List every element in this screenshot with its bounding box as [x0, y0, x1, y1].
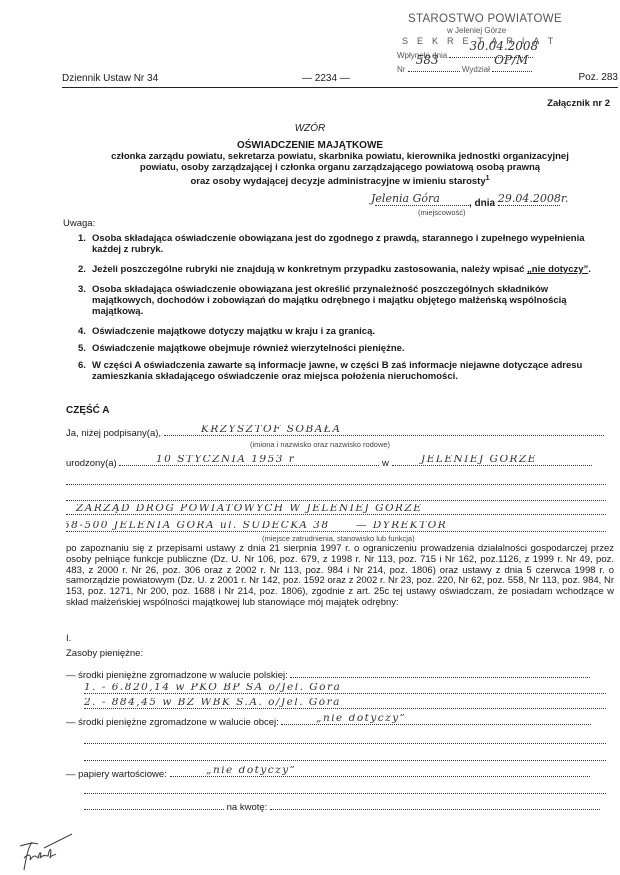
- registry-stamp: STAROSTWO POWIATOWE w Jeleniej Górze SEK…: [392, 14, 612, 75]
- pln-entry[interactable]: 1. - 6.820,14 w PKO BP SA o/Jel. Góra: [84, 683, 610, 696]
- position-value: — DYREKTOR: [356, 521, 447, 531]
- stamp-number: 583: [416, 55, 439, 66]
- birth-place-value: JELENIEJ GÓRZE: [421, 455, 537, 465]
- template-label: WZÓR: [0, 123, 620, 134]
- stamp-received-date: 30.04.2008: [469, 41, 538, 52]
- place-caption: (miejscowość): [418, 208, 466, 217]
- name-caption: (imiona i nazwisko oraz nazwisko rodowe): [250, 440, 390, 449]
- note-item: 4.Oświadczenie majątkowe dotyczy majątku…: [78, 326, 610, 337]
- stamp-division: OP/M: [494, 55, 528, 66]
- blank-line[interactable]: [84, 733, 610, 746]
- employment-value-2: 58-500 JELENIA GÓRA ul. SUDECKA 38: [66, 521, 330, 531]
- place-value: Jelenia Góra: [371, 192, 440, 205]
- employment-caption: (miejsce zatrudnienia, stanowisko lub fu…: [262, 534, 415, 543]
- birth-field[interactable]: urodzony(a) w 10 STYCZNIA 1953 r JELENIE…: [66, 455, 610, 468]
- legal-paragraph: po zapoznaniu się z przepisami ustawy z …: [66, 544, 614, 609]
- document-title: OŚWIADCZENIE MAJĄTKOWE: [0, 140, 620, 151]
- employment-line-1[interactable]: ZARZĄD DRÓG POWIATOWYCH W JELENIEJ GÓRZE: [66, 504, 610, 517]
- pln-entry-value: 1. - 6.820,14 w PKO BP SA o/Jel. Góra: [84, 683, 341, 693]
- blank-line[interactable]: [66, 490, 610, 503]
- journal-name: Dziennik Ustaw Nr 34: [62, 73, 158, 84]
- note-item: 3.Osoba składająca oświadczenie obowiąza…: [78, 284, 610, 317]
- notes-heading: Uwaga:: [63, 218, 95, 229]
- footnote-marker: 1: [486, 175, 490, 182]
- note-item: 2.Jeżeli poszczególne rubryki nie znajdu…: [78, 264, 610, 275]
- pln-funds-field[interactable]: — środki pieniężne zgromadzone w walucie…: [66, 667, 610, 680]
- amount-field[interactable]: na kwotę:: [84, 799, 610, 812]
- page-header: Dziennik Ustaw Nr 34 — 2234 — Poz. 283: [62, 73, 618, 88]
- note-item: 5.Oświadczenie majątkowe obejmuje równie…: [78, 343, 610, 354]
- note-item: 1.Osoba składająca oświadczenie obowiąza…: [78, 233, 610, 255]
- foreign-funds-value: „nie dotyczy”: [316, 714, 407, 724]
- note-item: 6.W części A oświadczenia zawarte są inf…: [78, 360, 610, 382]
- foreign-funds-field[interactable]: — środki pieniężne zgromadzone w walucie…: [66, 714, 610, 727]
- part-a-heading: CZĘŚĆ A: [66, 405, 110, 416]
- attachment-label: Załącznik nr 2: [547, 98, 610, 109]
- stamp-location: w Jeleniej Górze: [392, 25, 612, 36]
- notes-list: 1.Osoba składająca oświadczenie obowiąza…: [78, 233, 610, 391]
- pln-entry-value: 2. - 884,45 w BZ WBK S.A. o/Jel. Góra: [84, 698, 341, 708]
- pln-entry[interactable]: 2. - 884,45 w BZ WBK S.A. o/Jel. Góra: [84, 698, 610, 711]
- handwritten-signature: [10, 828, 80, 873]
- securities-value: „nie dotyczy”: [206, 766, 297, 776]
- blank-line[interactable]: [84, 783, 610, 796]
- section-i-heading: Zasoby pieniężne:: [66, 648, 143, 659]
- name-value: KRZYSZTOF SOBAŁA: [201, 425, 341, 435]
- position-number: Poz. 283: [579, 72, 618, 83]
- stamp-office: STAROSTWO POWIATOWE: [392, 14, 612, 25]
- blank-line[interactable]: [84, 750, 610, 763]
- blank-line[interactable]: [66, 474, 610, 487]
- securities-field[interactable]: — papiery wartościowe: „nie dotyczy”: [66, 766, 610, 779]
- document-subtitle: członka zarządu powiatu, sekretarza powi…: [60, 151, 620, 187]
- place-date-field[interactable]: Jelenia Góra, dnia 29.04.2008r.: [375, 195, 560, 209]
- employment-line-2[interactable]: 58-500 JELENIA GÓRA ul. SUDECKA 38 — DYR…: [66, 521, 610, 534]
- employment-value-1: ZARZĄD DRÓG POWIATOWYCH W JELENIEJ GÓRZE: [76, 504, 422, 514]
- section-i-numeral: I.: [66, 633, 71, 644]
- date-value: 29.04.2008r.: [498, 192, 569, 205]
- birth-date-value: 10 STYCZNIA 1953 r: [156, 455, 295, 465]
- name-field[interactable]: Ja, niżej podpisany(a), KRZYSZTOF SOBAŁA: [66, 425, 610, 438]
- page-number: — 2234 —: [302, 73, 350, 84]
